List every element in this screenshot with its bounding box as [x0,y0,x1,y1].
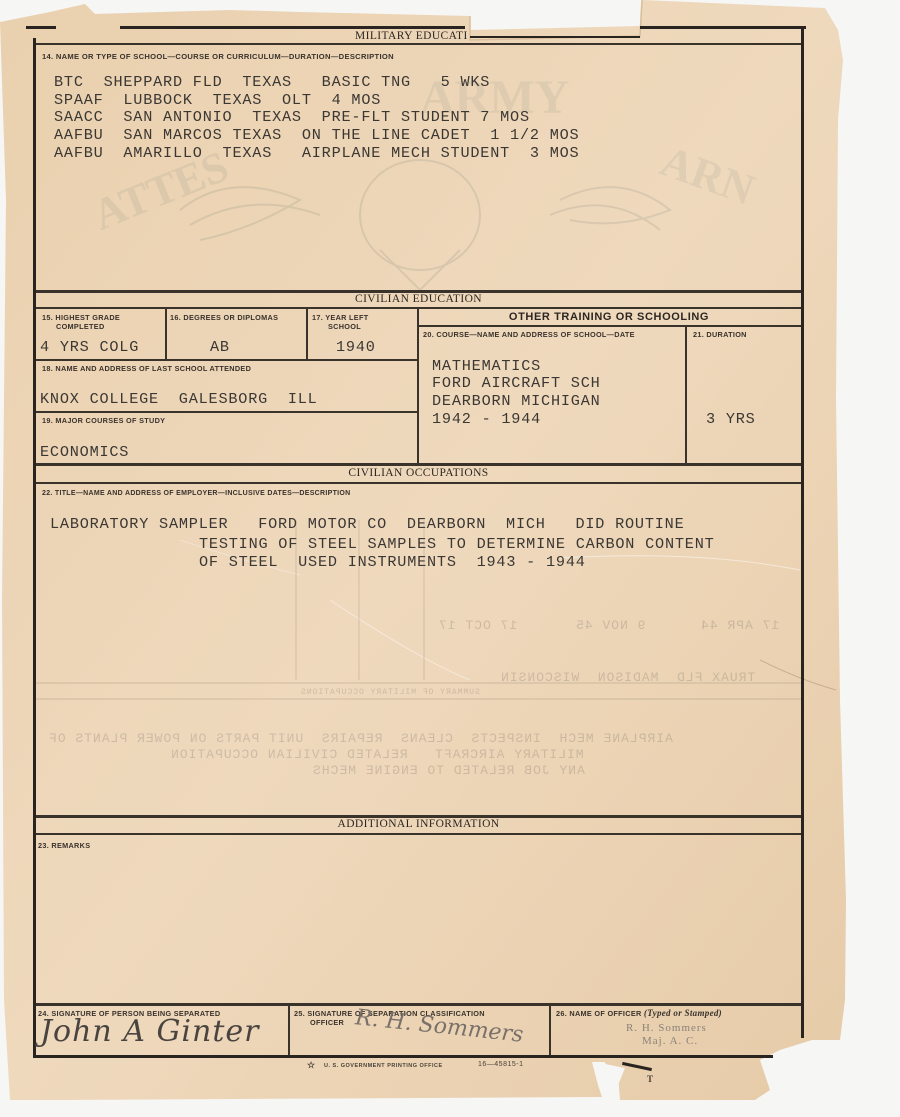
field-20-line-2: FORD AIRCRAFT SCH [432,375,601,393]
field-17-label: 17. YEAR LEFT SCHOOL [312,313,368,331]
bleed-line-3: ANY JOB RELATED TO ENGINE MECHS [312,763,585,778]
bleed-vrule-1 [295,520,297,680]
field-20-label: 20. COURSE—NAME AND ADDRESS OF SCHOOL—DA… [423,330,635,339]
field-19-label: 19. MAJOR COURSES OF STUDY [42,416,165,425]
footer-corner-mark: T [647,1074,654,1084]
frame-right [801,28,804,1038]
field-26-line-2: Maj. A. C. [642,1035,698,1047]
field-16-value: AB [210,339,230,357]
rule-above-18 [36,359,417,361]
additional-information-title: ADDITIONAL INFORMATION [36,818,801,830]
occupation-line-3: OF STEEL USED INSTRUMENTS 1943 - 1944 [199,554,586,572]
bleed-heading: SUMMARY OF MILITARY OCCUPATIONS [300,688,480,697]
top-rule-mid [120,26,465,29]
field-18-value: KNOX COLLEGE GALESBORG ILL [40,391,318,409]
bleed-line-1: AIRPLANE MECH INSPECTS CLEANS REPAIRS UN… [48,731,673,746]
military-entry-5: AAFBU AMARILLO TEXAS AIRPLANE MECH STUDE… [54,145,579,163]
vrule-16-17 [306,307,308,359]
field-15-value: 4 YRS COLG [40,339,139,357]
civilian-occupations-title: CIVILIAN OCCUPATIONS [36,467,801,479]
rule-above-19 [36,411,417,413]
bleed-date-2: 9 NOV 45 [575,618,645,633]
military-education-title: MILITARY EDUCATI [355,30,475,42]
field-20-line-1: MATHEMATICS [432,358,541,376]
footer-star-icon: ☆ [307,1060,316,1071]
bleed-date-3: 17 APR 44 [700,618,779,633]
military-entry-3: SAACC SAN ANTONIO TEXAS PRE-FLT STUDENT … [54,109,530,127]
field-18-label: 18. NAME AND ADDRESS OF LAST SCHOOL ATTE… [42,364,251,373]
field-14-label: 14. NAME OR TYPE OF SCHOOL—COURSE OR CUR… [42,52,394,61]
top-rule-right [640,26,806,29]
footer-printer: U. S. GOVERNMENT PRINTING OFFICE [324,1063,443,1069]
field-15-label-line2: COMPLETED [42,322,120,331]
additional-information-rule [36,833,801,835]
vrule-20-21 [685,325,687,463]
field-19-value: ECONOMICS [40,444,129,462]
field-22-label: 22. TITLE—NAME AND ADDRESS OF EMPLOYER—I… [42,489,351,498]
field-20-line-4: 1942 - 1944 [432,411,541,429]
field-15-label: 15. HIGHEST GRADE COMPLETED [42,313,120,331]
military-entry-1: BTC SHEPPARD FLD TEXAS BASIC TNG 5 WKS [54,74,490,92]
field-26-label-text: 26. NAME OF OFFICER [556,1009,642,1018]
discharge-form-page: ATTES ARMY ARN MILITARY EDUCATI 14. NAME… [0,0,900,1117]
field-21-value: 3 YRS [706,411,756,429]
field-15-label-line1: 15. HIGHEST GRADE [42,313,120,322]
field-26-label-italic: (Typed or Stamped) [644,1008,722,1018]
footer-form-number: 16—45815-1 [478,1061,523,1068]
military-entry-4: AAFBU SAN MARCOS TEXAS ON THE LINE CADET… [54,127,579,145]
civilian-occupations-rule [36,482,801,484]
field-17-value: 1940 [336,339,376,357]
bleed-vrule-3 [423,520,425,680]
field-23-label: 23. REMARKS [38,841,90,850]
bleed-line-2: MILITARY AIRCRAFT RELATED CIVILIAN OCCUP… [170,747,584,762]
top-rule-tab [470,36,640,38]
field-24-signature: John A Ginter [40,1014,260,1049]
frame-bottom [33,1055,773,1058]
signatures-top-rule [36,1003,801,1006]
civilian-occupations-top-rule [36,463,801,466]
bleed-date-1: 17 OCT 17 [438,618,517,633]
field-26-line-1: R. H. Sommers [626,1022,707,1034]
bleed-hrule-1 [36,682,801,684]
other-training-title: OTHER TRAINING OR SCHOOLING [417,311,801,323]
field-21-label: 21. DURATION [693,330,747,339]
vrule-education-split [417,307,419,463]
vrule-25-26 [549,1003,551,1055]
civilian-education-title: CIVILIAN EDUCATION [36,293,801,305]
occupation-line-1: LABORATORY SAMPLER FORD MOTOR CO DEARBOR… [50,516,685,534]
occupation-line-2: TESTING OF STEEL SAMPLES TO DETERMINE CA… [199,536,715,554]
military-education-rule [36,43,801,45]
field-17-label-line2: SCHOOL [312,322,368,331]
vrule-15-16 [165,307,167,359]
field-20-line-3: DEARBORN MICHIGAN [432,393,601,411]
field-16-label: 16. DEGREES OR DIPLOMAS [170,313,278,322]
other-training-rule [417,325,801,327]
bleed-hrule-2 [36,698,801,700]
bleed-vrule-2 [358,520,360,680]
vrule-24-25 [288,1003,290,1055]
field-17-label-line1: 17. YEAR LEFT [312,313,368,322]
frame-left [33,38,36,1058]
field-26-label: 26. NAME OF OFFICER (Typed or Stamped) [556,1009,722,1018]
military-entry-2: SPAAF LUBBOCK TEXAS OLT 4 MOS [54,92,381,110]
top-rule-left [26,26,56,29]
civilian-education-rule [36,307,801,309]
